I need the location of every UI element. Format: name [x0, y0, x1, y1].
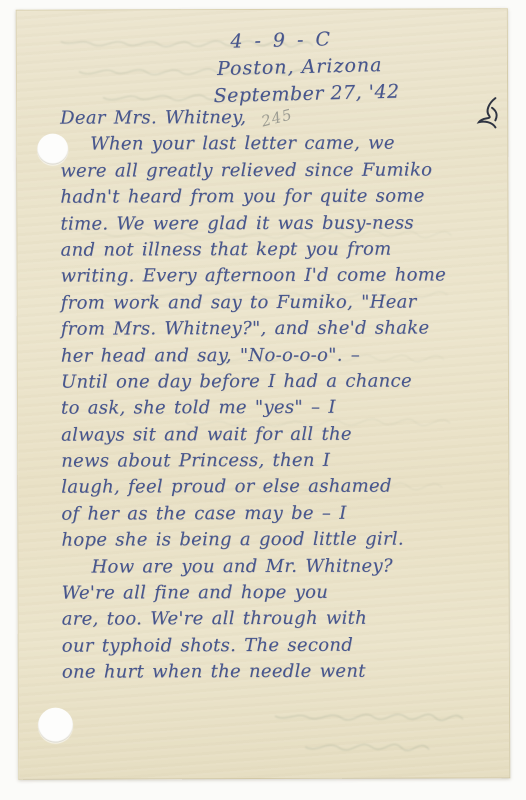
letter-line: from work and say to Fumiko, "Hear — [61, 289, 481, 317]
letter-body: Dear Mrs. Whitney, When your last letter… — [60, 104, 482, 686]
letter-line: are, too. We're all through with — [62, 606, 482, 634]
letter-lines: When your last letter came, wewere all g… — [60, 131, 482, 687]
letter-line: of her as the case may be – I — [61, 500, 481, 528]
salutation: Dear Mrs. Whitney, — [60, 104, 480, 132]
letter-line: We're all fine and hope you — [62, 579, 482, 607]
hole-punch-bottom — [38, 708, 73, 743]
letter-line: our typhoid shots. The second — [62, 632, 482, 660]
letter-line: her head and say, "No-o-o-o". – — [61, 342, 481, 370]
letter-line: and not illness that kept you from — [61, 236, 481, 264]
letter-line: hope she is being a good little girl. — [61, 527, 481, 555]
letter-line: time. We were glad it was busy-ness — [60, 210, 480, 238]
letter-heading: 4 - 9 - C Poston, Arizona September 27, … — [212, 25, 400, 110]
ink-bleed-through — [269, 701, 469, 772]
letter-line: Until one day before I had a chance — [61, 368, 481, 396]
letter-line: laugh, feel proud or else ashamed — [61, 474, 481, 502]
letter-line: were all greatly relieved since Fumiko — [60, 157, 480, 185]
letter-line: hadn't heard from you for quite some — [60, 183, 480, 211]
scanned-letter-page: 4 - 9 - C Poston, Arizona September 27, … — [0, 0, 526, 800]
letter-line: news about Princess, then I — [61, 447, 481, 475]
letter-line: one hurt when the needle went — [62, 659, 482, 687]
letter-line: When your last letter came, we — [60, 131, 480, 159]
letter-line: How are you and Mr. Whitney? — [62, 553, 482, 581]
letter-paper-sheet: 4 - 9 - C Poston, Arizona September 27, … — [16, 8, 510, 780]
letter-line: from Mrs. Whitney?", and she'd shake — [61, 315, 481, 343]
letter-line: to ask, she told me "yes" – I — [61, 395, 481, 423]
letter-line: writing. Every afternoon I'd come home — [61, 263, 481, 291]
letter-line: always sit and wait for all the — [61, 421, 481, 449]
